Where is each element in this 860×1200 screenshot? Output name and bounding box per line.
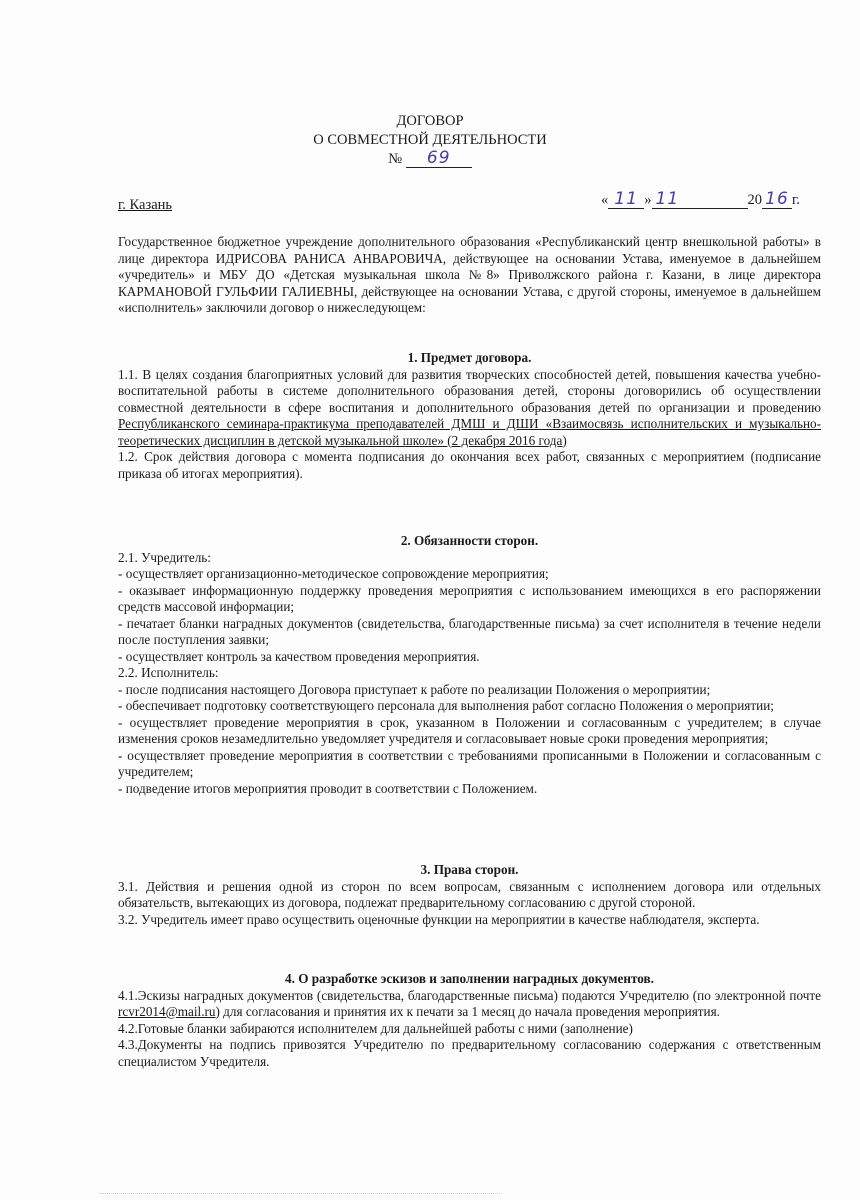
clause-3-1: 3.1. Действия и решения одной из сторон … — [118, 879, 821, 912]
contract-number-handwritten: 69 — [427, 148, 451, 168]
number-label: № — [388, 151, 402, 167]
clause-4-1-text: 4.1.Эскизы наградных документов (свидете… — [118, 988, 821, 1003]
section-subject: 1. Предмет договора. 1.1. В целях создан… — [118, 350, 821, 482]
executor-item: - осуществляет проведение мероприятия в … — [118, 748, 821, 781]
document-page: ДОГОВОР О СОВМЕСТНОЙ ДЕЯТЕЛЬНОСТИ № 69 г… — [0, 0, 860, 1200]
section-obligations: 2. Обязанности сторон. 2.1. Учредитель: … — [118, 533, 821, 797]
clause-2-2-label: 2.2. Исполнитель: — [118, 665, 821, 682]
clause-3-2: 3.2. Учредитель имеет право осуществить … — [118, 912, 821, 929]
clause-4-1-text-end: ) для согласования и принятия их к печат… — [215, 1004, 719, 1019]
event-name-underlined: Республиканского семинара-практикума пре… — [118, 416, 821, 448]
section-heading: 1. Предмет договора. — [118, 350, 821, 367]
contract-number-field: 69 — [406, 150, 472, 168]
executor-item: - осуществляет проведение мероприятия в … — [118, 715, 821, 748]
founder-item: - оказывает информационную поддержку про… — [118, 583, 821, 616]
section-heading: 2. Обязанности сторон. — [118, 533, 821, 550]
clause-2-1-label: 2.1. Учредитель: — [118, 550, 821, 567]
clause-1-1: 1.1. В целях создания благоприятных усло… — [118, 367, 821, 450]
executor-item: - после подписания настоящего Договора п… — [118, 682, 821, 699]
contract-date: «11»112016г. — [601, 191, 800, 209]
email-link[interactable]: rcvr2014@mail.ru — [118, 1004, 215, 1019]
city-label: г. Казань — [118, 197, 172, 214]
section-award-documents: 4. О разработке эскизов и заполнении наг… — [118, 971, 821, 1070]
date-day-handwritten: 11 — [614, 189, 638, 209]
scan-edge-artifact — [100, 1193, 500, 1195]
date-year-handwritten: 16 — [765, 189, 789, 209]
executor-item: - обеспечивает подготовку соответствующе… — [118, 698, 821, 715]
document-title-block: ДОГОВОР О СОВМЕСТНОЙ ДЕЯТЕЛЬНОСТИ № 69 — [0, 112, 860, 169]
date-year-abbrev: г. — [792, 192, 800, 208]
date-close-quote: » — [644, 192, 651, 208]
founder-item: - печатает бланки наградных документов (… — [118, 616, 821, 649]
document-title: ДОГОВОР — [0, 112, 860, 131]
clause-1-1-text: 1.1. В целях создания благоприятных усло… — [118, 367, 821, 415]
section-rights: 3. Права сторон. 3.1. Действия и решения… — [118, 862, 821, 928]
clause-4-3: 4.3.Документы на подпись привозятся Учре… — [118, 1037, 821, 1070]
clause-1-2: 1.2. Срок действия договора с момента по… — [118, 449, 821, 482]
preamble-text: Государственное бюджетное учреждение доп… — [118, 234, 821, 317]
date-year-prefix: 20 — [748, 192, 763, 208]
contract-number-line: № 69 — [388, 150, 471, 169]
preamble: Государственное бюджетное учреждение доп… — [118, 234, 821, 317]
clause-4-2: 4.2.Готовые бланки забираются исполнител… — [118, 1021, 821, 1038]
executor-item: - подведение итогов мероприятия проводит… — [118, 781, 821, 798]
clause-4-1: 4.1.Эскизы наградных документов (свидете… — [118, 988, 821, 1021]
founder-item: - осуществляет организационно-методическ… — [118, 566, 821, 583]
founder-item: - осуществляет контроль за качеством про… — [118, 649, 821, 666]
date-open-quote: « — [601, 192, 608, 208]
date-month-handwritten: 11 — [656, 189, 680, 209]
date-month-field: 11 — [652, 191, 748, 209]
date-day-field: 11 — [608, 191, 644, 209]
section-heading: 4. О разработке эскизов и заполнении наг… — [118, 971, 821, 988]
section-heading: 3. Права сторон. — [118, 862, 821, 879]
date-year-field: 16 — [762, 191, 792, 209]
